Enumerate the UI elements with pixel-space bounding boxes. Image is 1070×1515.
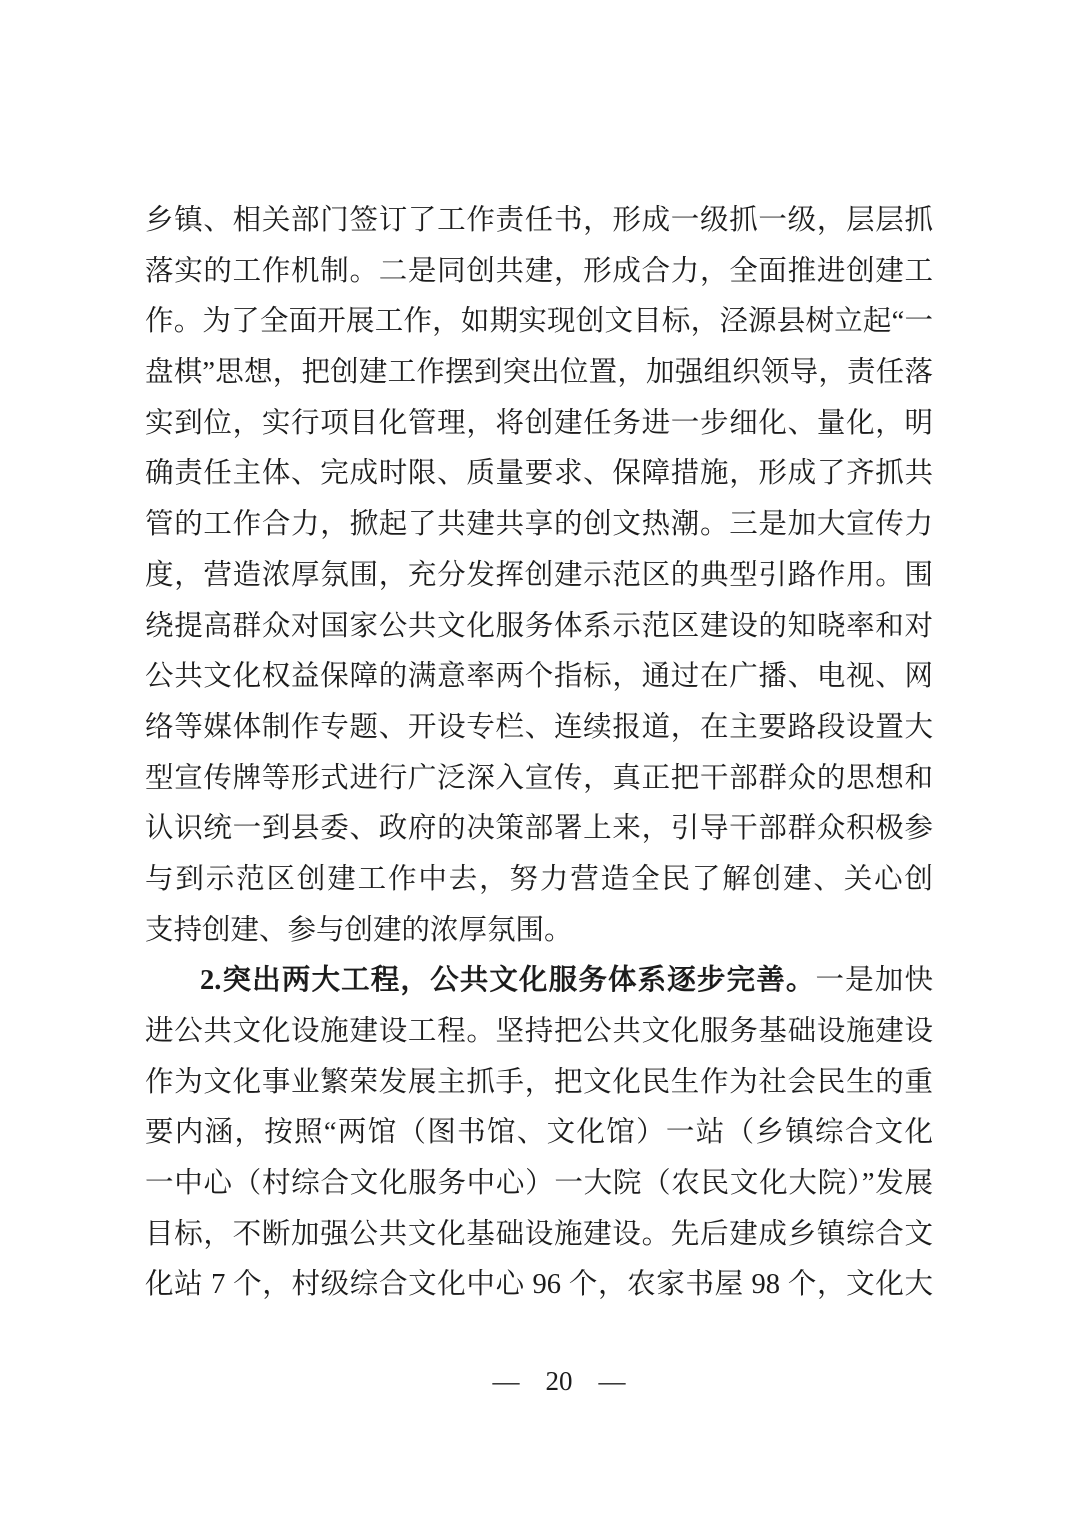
body-line: 管的工作合力，掀起了共建共享的创文热潮。三是加大宣传力 (145, 500, 933, 551)
page-footer: — 20 — (24, 1366, 1070, 1397)
footer-dash-right: — (599, 1366, 626, 1397)
body-line: 目标，不断加强公共文化基础设施建设。先后建成乡镇综合文 (145, 1210, 933, 1261)
body-line: 作。为了全面开展工作，如期实现创文目标，泾源县树立起“一 (145, 297, 933, 348)
body-line: 绕提高群众对国家公共文化服务体系示范区建设的知晓率和对 (145, 602, 933, 653)
paragraph-end-line: 支持创建、参与创建的浓厚氛围。 (145, 906, 933, 957)
body-text: 乡镇、相关部门签订了工作责任书，形成一级抓一级，层层抓 落实的工作机制。二是同创… (145, 196, 933, 1311)
body-line: 盘棋”思想，把创建工作摆到突出位置，加强组织领导，责任落 (145, 348, 933, 399)
paragraph-lead-line: 2.突出两大工程，公共文化服务体系逐步完善。一是加快推 (145, 956, 933, 1007)
body-line: 认识统一到县委、政府的决策部署上来，引导干部群众积极参 (145, 804, 933, 855)
body-line: 公共文化权益保障的满意率两个指标，通过在广播、电视、网 (145, 652, 933, 703)
body-line: 作为文化事业繁荣发展主抓手，把文化民生作为社会民生的重 (145, 1058, 933, 1109)
body-line: 要内涵，按照“两馆（图书馆、文化馆）一站（乡镇综合文化站） (145, 1108, 933, 1159)
body-line: 型宣传牌等形式进行广泛深入宣传，真正把干部群众的思想和 (145, 754, 933, 805)
body-line: 确责任主体、完成时限、质量要求、保障措施，形成了齐抓共 (145, 449, 933, 500)
page-number: 20 (546, 1366, 573, 1397)
body-line: 落实的工作机制。二是同创共建，形成合力，全面推进创建工 (145, 247, 933, 298)
body-line: 一中心（村综合文化服务中心）一大院（农民文化大院）”发展 (145, 1159, 933, 1210)
body-line: 实到位，实行项目化管理，将创建任务进一步细化、量化，明 (145, 399, 933, 450)
body-line: 进公共文化设施建设工程。坚持把公共文化服务基础设施建设 (145, 1007, 933, 1058)
footer-dash-left: — (493, 1366, 520, 1397)
body-line: 络等媒体制作专题、开设专栏、连续报道，在主要路段设置大 (145, 703, 933, 754)
body-line: 度，营造浓厚氛围，充分发挥创建示范区的典型引路作用。围 (145, 551, 933, 602)
body-line: 化站 7 个，村级综合文化中心 96 个，农家书屋 98 个，文化大 (145, 1260, 933, 1311)
body-line: 与到示范区创建工作中去，努力营造全民了解创建、关心创建、 (145, 855, 933, 906)
paragraph-heading: 2.突出两大工程，公共文化服务体系逐步完善。 (200, 965, 816, 996)
document-page: 乡镇、相关部门签订了工作责任书，形成一级抓一级，层层抓 落实的工作机制。二是同创… (0, 0, 1070, 1515)
body-line: 乡镇、相关部门签订了工作责任书，形成一级抓一级，层层抓 (145, 196, 933, 247)
